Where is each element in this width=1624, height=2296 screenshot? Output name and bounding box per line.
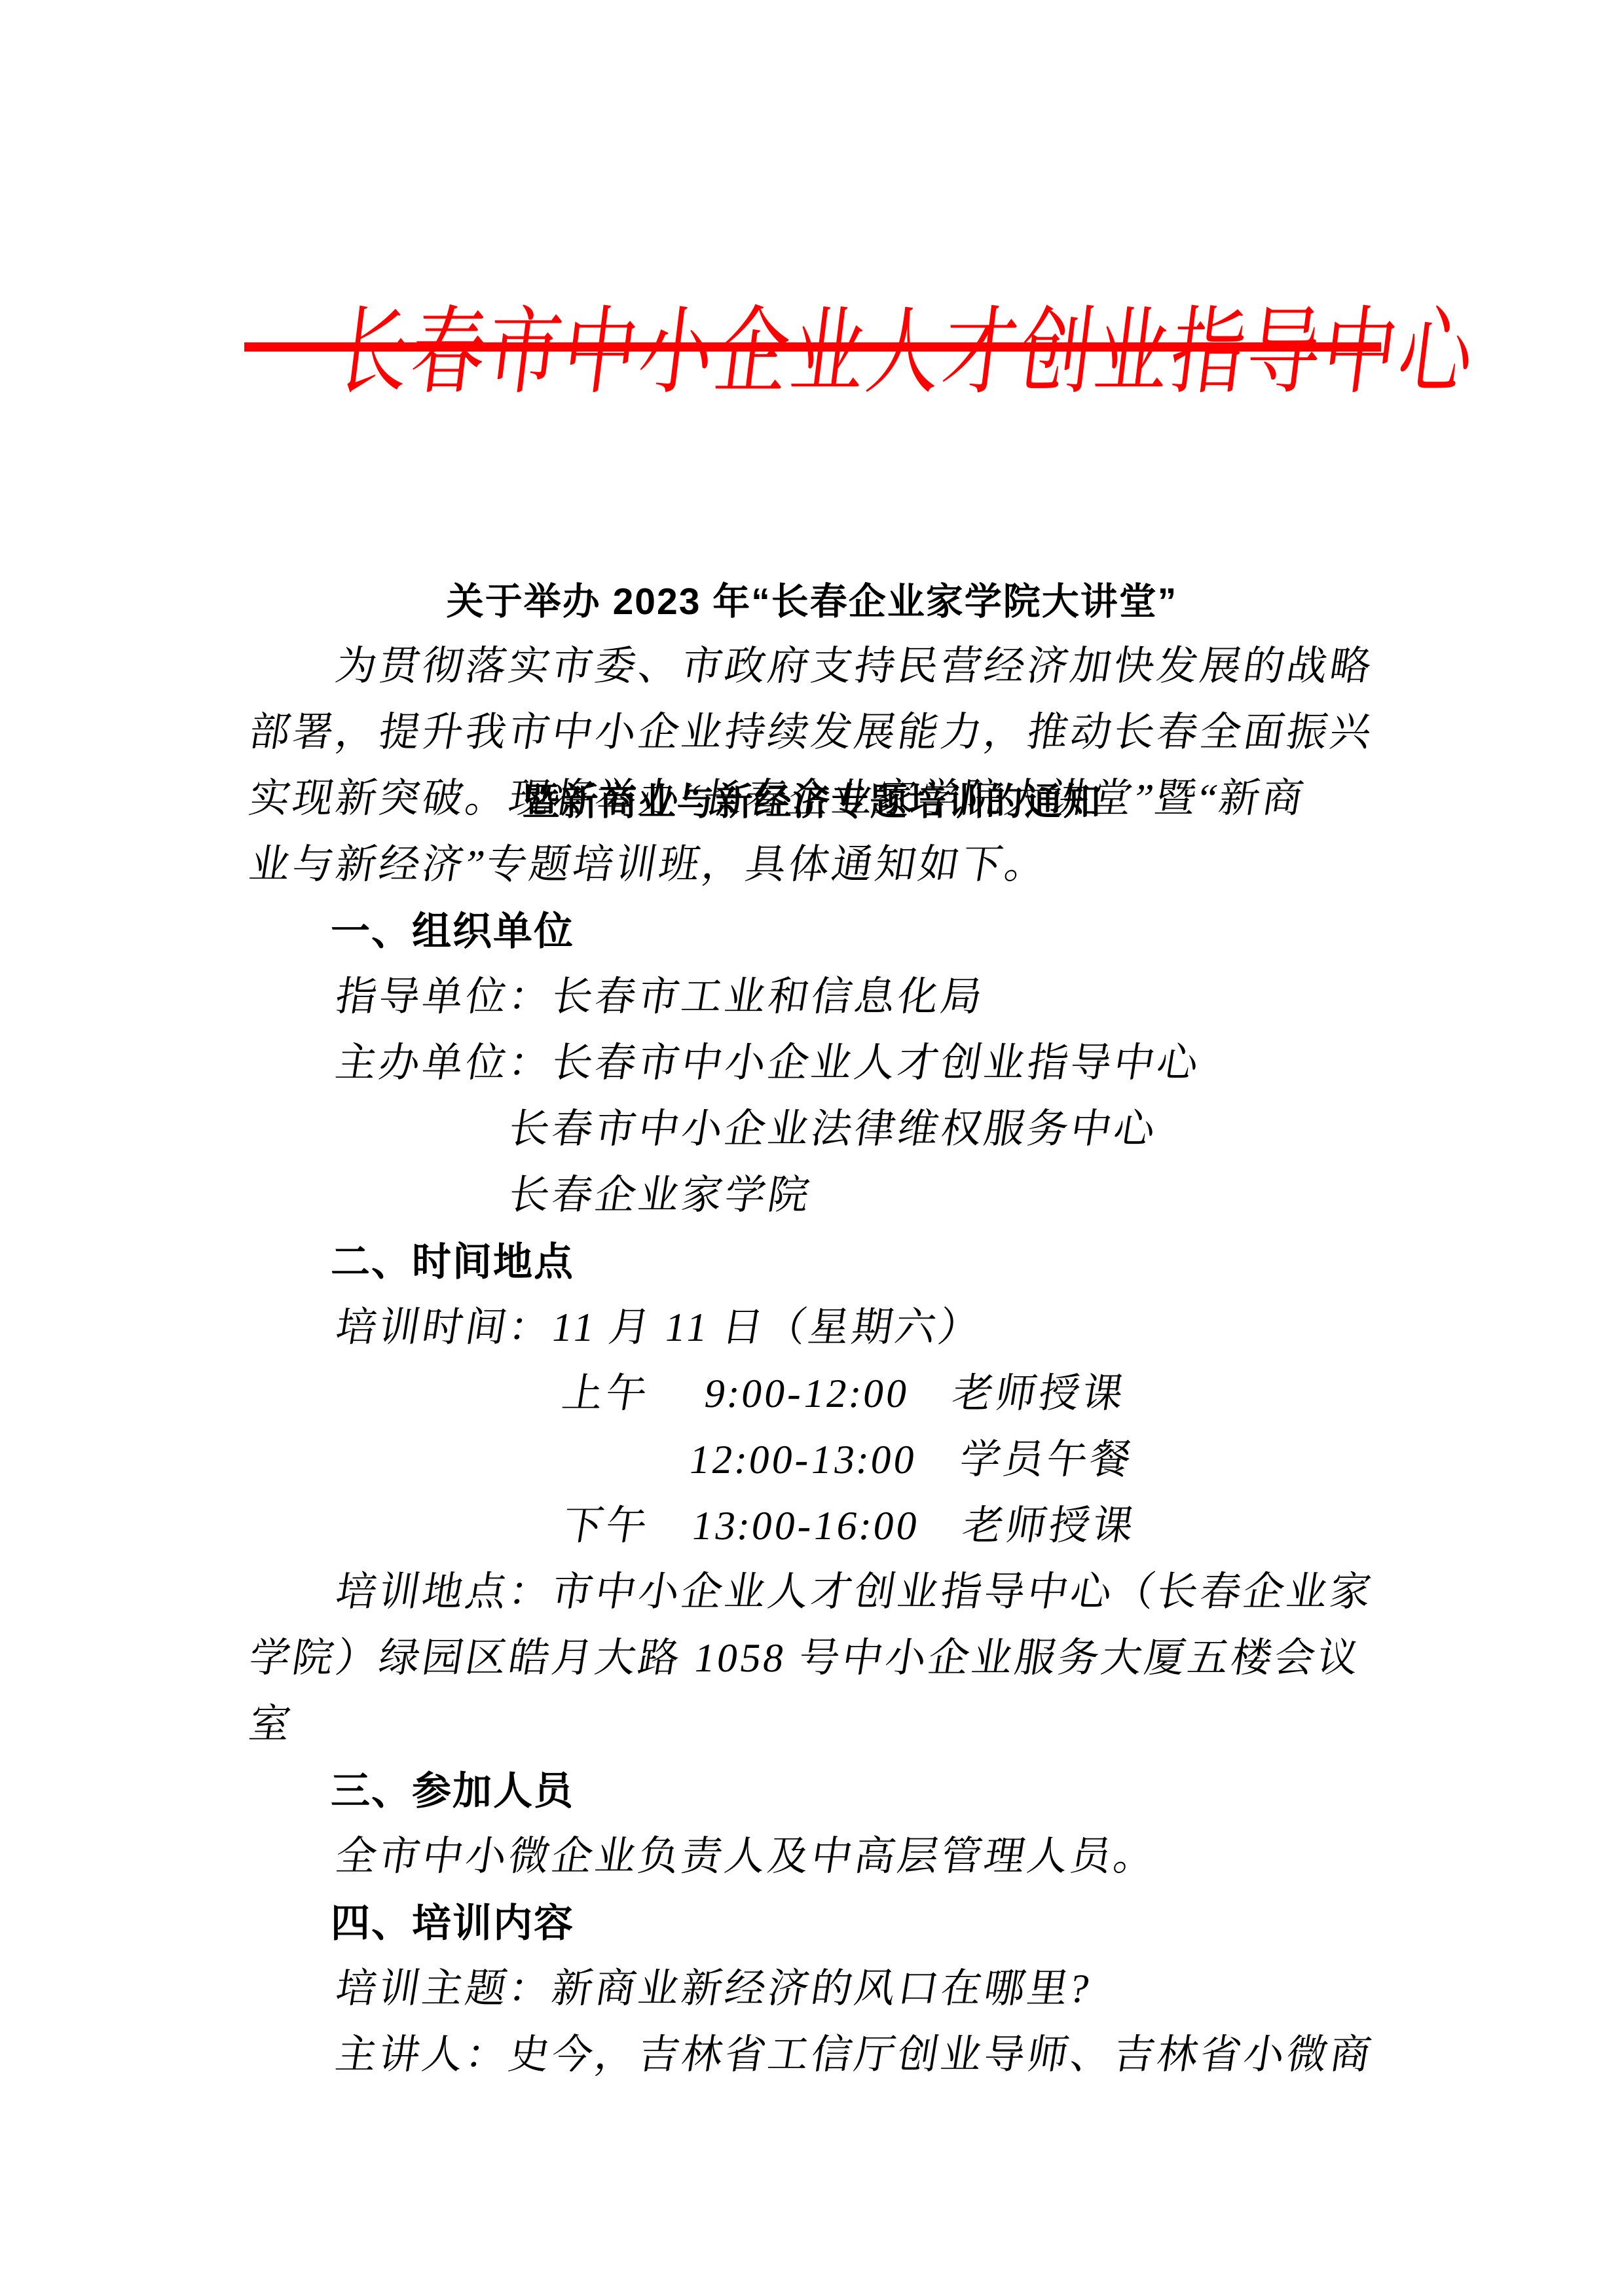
body-line: 业与新经济”专题培训班，具体通知如下。 — [246, 832, 1378, 898]
body-line: 室 — [246, 1692, 1378, 1758]
body-line-training-topic: 培训主题：新商业新经济的风口在哪里? — [246, 1956, 1378, 2022]
section-heading-participants: 三、参加人员 — [246, 1758, 1378, 1824]
body-line: 学院）绿园区皓月大路 1058 号中小企业服务大厦五楼会议 — [246, 1626, 1378, 1692]
document-title-line1: 关于举办 2023 年“长春企业家学院大讲堂” — [246, 568, 1378, 635]
section-heading-time-place: 二、时间地点 — [246, 1229, 1378, 1295]
document-body: 为贯彻落实市委、市政府支持民营经济加快发展的战略 部署，提升我市中小企业持续发展… — [246, 634, 1378, 2088]
body-line-training-place: 培训地点：市中小企业人才创业指导中心（长春企业家 — [246, 1559, 1378, 1626]
body-line: 实现新突破。现将举办“长春企业家学院大讲堂”暨“新商 — [246, 766, 1378, 832]
body-line-host-unit: 主办单位：长春市中小企业人才创业指导中心 — [246, 1030, 1378, 1097]
body-line: 部署，提升我市中小企业持续发展能力，推动长春全面振兴 — [246, 700, 1378, 766]
body-line-schedule-afternoon: 下午 13:00-16:00 老师授课 — [246, 1493, 1378, 1559]
body-line-guidance-unit: 指导单位：长春市工业和信息化局 — [246, 964, 1378, 1030]
body-line-training-time: 培训时间：11 月 11 日（星期六） — [246, 1295, 1378, 1361]
section-heading-training-content: 四、培训内容 — [246, 1890, 1378, 1956]
body-line-schedule-morning: 上午 9:00-12:00 老师授课 — [246, 1361, 1378, 1427]
body-line-participants: 全市中小微企业负责人及中高层管理人员。 — [246, 1824, 1378, 1890]
section-heading-organizers: 一、组织单位 — [246, 898, 1378, 964]
body-line-host-unit-2: 长春市中小企业法律维权服务中心 — [246, 1097, 1378, 1163]
letterhead-rule — [244, 342, 1381, 352]
body-line: 为贯彻落实市委、市政府支持民营经济加快发展的战略 — [246, 634, 1378, 700]
document-page: 长春市中小企业人才创业指导中心 关于举办 2023 年“长春企业家学院大讲堂” … — [0, 0, 1624, 2296]
body-line-speaker: 主讲人：史今，吉林省工信厅创业导师、吉林省小微商 — [246, 2022, 1378, 2088]
body-line-host-unit-3: 长春企业家学院 — [246, 1163, 1378, 1229]
body-line-schedule-lunch: 12:00-13:00 学员午餐 — [246, 1427, 1378, 1493]
